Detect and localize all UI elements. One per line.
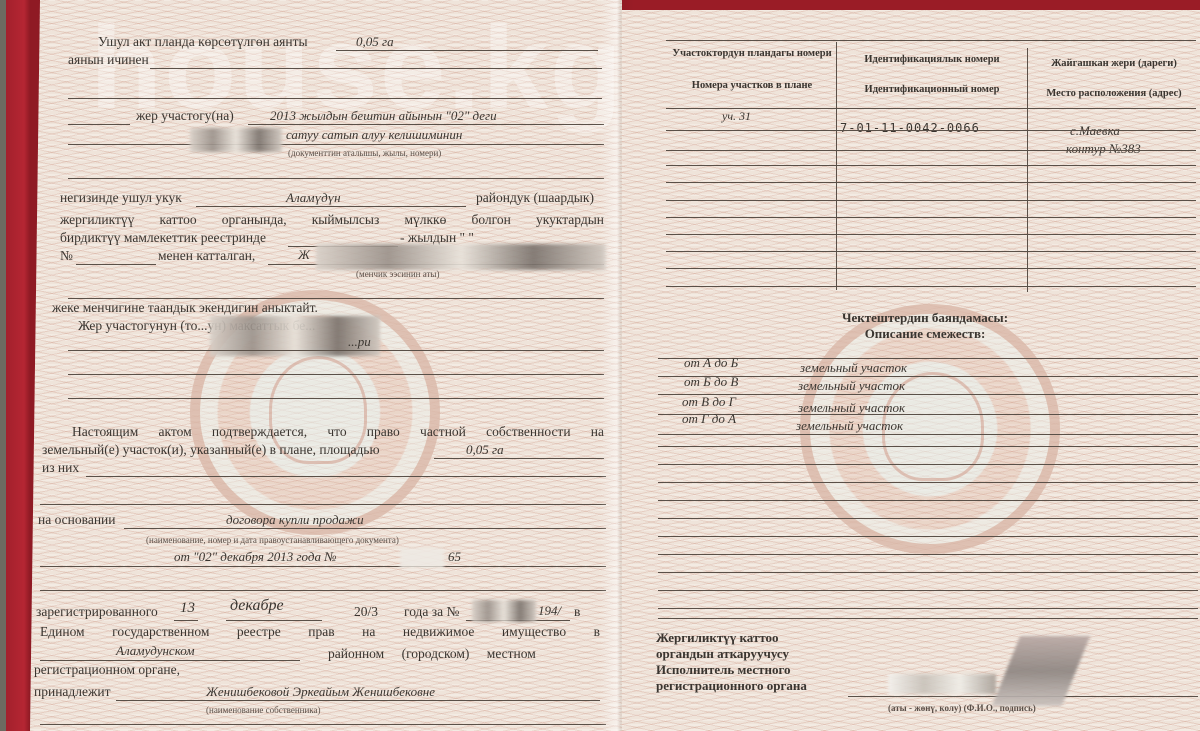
cell-identification-number: 7-01-11-0042-0066 xyxy=(840,120,980,136)
signatory-ru-line2: регистрационного органа xyxy=(656,678,807,694)
owner-label-ru: принадлежит xyxy=(34,684,110,700)
ownership-text-ky: жеке менчигине таандык экендигин аныктай… xyxy=(52,300,318,316)
redacted-name xyxy=(888,674,996,694)
registry-text-ky: жергиликтүү каттоо органында, кыймылсыз … xyxy=(60,212,604,228)
owner-caption-ky: (менчик ээсинин аты) xyxy=(356,266,439,282)
area-within-label: аянын ичинен xyxy=(68,52,149,68)
adjacency-title-ru: Описание смежеств: xyxy=(800,326,1050,342)
col-header-plot-number-ky: Участоктордун пландагы номери xyxy=(672,48,832,60)
district-suffix-ky: райондук (шаардык) xyxy=(476,190,594,206)
district-value-ky: Аламүдүн xyxy=(286,190,341,206)
adjacency-segment: от А до Б xyxy=(684,355,738,371)
adjacency-segment: от Г до А xyxy=(682,411,736,427)
district-value-ru: Аламудунском xyxy=(116,643,195,659)
col-header-location-ru: Место расположения (адрес) xyxy=(1034,88,1194,100)
registry-text-ru: Едином государственном реестре прав на н… xyxy=(40,624,600,640)
col-header-id-ru: Идентификационный номер xyxy=(844,84,1020,96)
col-header-id-ky: Идентификациялык номери xyxy=(844,54,1020,66)
area-label-ru: земельный(е) участок(и), указанный(е) в … xyxy=(42,442,380,458)
land-plot-label: жер участогу(на) xyxy=(136,108,234,124)
col-header-plot-number-ru: Номера участков в плане xyxy=(672,80,832,92)
right-page: Участоктордун пландагы номери Номера уча… xyxy=(622,10,1200,731)
signatory-ky-line1: Жергиликтүү каттоо xyxy=(656,630,779,646)
redacted-region xyxy=(472,600,536,622)
cell-plot-number: уч. 31 xyxy=(722,108,751,124)
basis-caption: (наименование, номер и дата правоустанав… xyxy=(146,532,399,548)
land-plot-value: 2013 жылдын бештин айынын "02" деги xyxy=(270,108,497,124)
owner-caption-ru: (наименование собственника) xyxy=(206,702,321,718)
number-prefix: № xyxy=(60,248,73,264)
registered-year: 20/3 xyxy=(354,604,378,620)
basis-label-ky: негизинде ушул укук xyxy=(60,190,182,206)
area-value-ky: 0,05 га xyxy=(356,34,394,50)
signatory-ky-line2: органдын аткаруучусу xyxy=(656,646,789,662)
registry-label-ky: бирдиктүү мамлекеттик реестринде xyxy=(60,230,266,246)
redacted-region xyxy=(190,128,282,152)
area-value-ru: 0,05 га xyxy=(466,442,504,458)
adjacency-segment: от В до Г xyxy=(682,394,736,410)
adjacency-title-ky: Чектештердин баяндамасы: xyxy=(800,310,1050,326)
in-label: в xyxy=(574,604,580,620)
left-page: house.kg Ушул акт планда көрсөтүлгөн аян… xyxy=(30,0,622,731)
adjacency-segment: от Б до В xyxy=(684,374,738,390)
purpose-value: ...ри xyxy=(348,334,371,350)
cell-location-contour: контур №383 xyxy=(1066,141,1141,157)
registered-label-ky: менен катталган, xyxy=(158,248,255,264)
registered-label-ru: зарегистрированного xyxy=(36,604,158,620)
col-header-location-ky: Жайгашкан жери (дареги) xyxy=(1034,58,1194,70)
registered-day: 13 xyxy=(180,600,195,616)
redacted-region xyxy=(400,548,444,568)
basis-label-ru: на основании xyxy=(38,512,116,528)
basis-value-ru: договора купли продажи xyxy=(226,512,364,528)
year-label: года за № xyxy=(404,604,459,620)
cell-location-village: с.Маевка xyxy=(1070,123,1120,139)
registered-number: 194/ xyxy=(538,603,561,619)
adjacency-neighbor: земельный участок xyxy=(800,360,907,376)
basis-number: 65 xyxy=(448,549,461,565)
signatory-ru-line1: Исполнитель местного xyxy=(656,662,791,678)
adjacency-neighbor: земельный участок xyxy=(798,378,905,394)
district-suffix-ru: районном (городском) местном xyxy=(328,646,536,662)
act-text-ru: Настоящим актом подтверждается, что прав… xyxy=(72,424,604,440)
area-label-ky: Ушул акт планда көрсөтүлгөн аянты xyxy=(98,34,308,50)
owner-name: Женишбековой Эркеайым Женишбековне xyxy=(206,684,435,700)
contract-caption: (документтин аталышы, жылы, номери) xyxy=(288,145,441,161)
basis-date: от "02" декабря 2013 года № xyxy=(174,549,336,565)
adjacency-neighbor: земельный участок xyxy=(796,418,903,434)
registered-month: декабре xyxy=(230,598,284,614)
owner-initial-ky: Ж xyxy=(298,247,310,263)
registry-organ-ru: регистрационном органе, xyxy=(34,662,180,678)
of-which-label: из них xyxy=(42,460,79,476)
signature-caption: (аты - жөнү, колу) (Ф.И.О., подпись) xyxy=(888,700,1036,716)
contract-value: сатуу сатып алуу келишиминин xyxy=(286,127,462,143)
